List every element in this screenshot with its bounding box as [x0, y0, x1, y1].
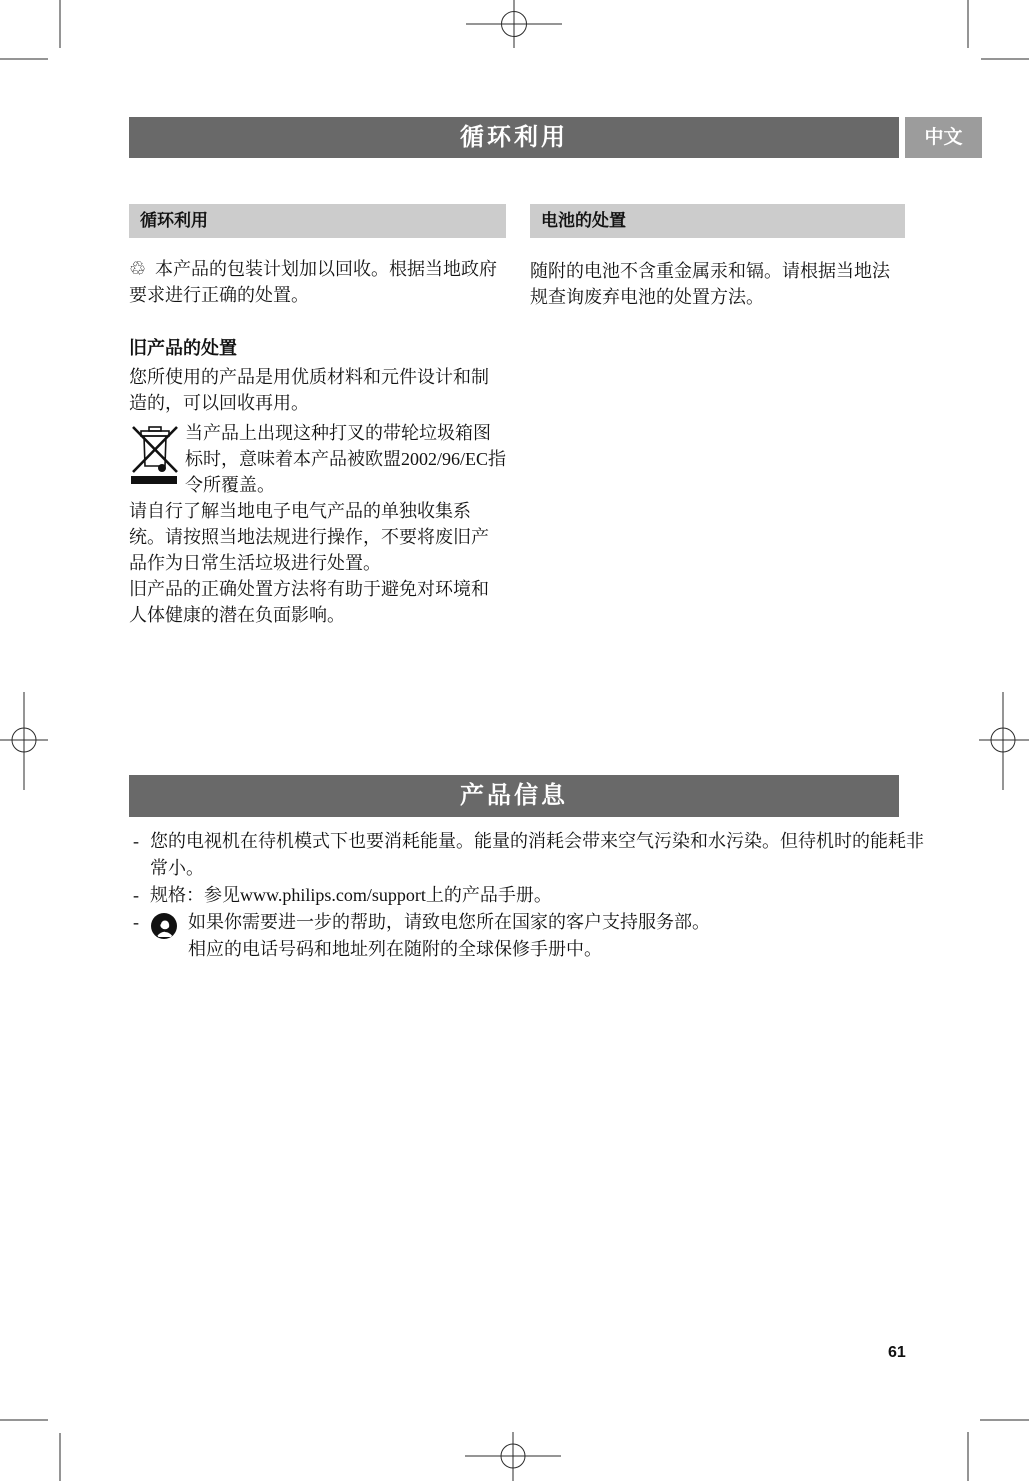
registration-target-left-middle — [0, 692, 48, 790]
product-info-section: 产品信息 - 您的电视机在待机模式下也要消耗能量。能量的消耗会带来空气污染和水污… — [129, 775, 929, 963]
registration-target-bottom-center — [465, 1432, 561, 1481]
bullet-marker: - — [129, 909, 150, 963]
weee-note-text: 当产品上出现这种打叉的带轮垃圾箱图标时，意味着本产品被欧盟2002/96/EC指… — [185, 420, 506, 498]
crop-mark-top-left — [0, 0, 60, 59]
bullet-marker: - — [129, 828, 150, 882]
support-note-text: 如果你需要进一步的帮助，请致电您所在国家的客户支持服务部。 相应的电话号码和地址… — [188, 909, 710, 963]
registration-target-right-middle — [979, 692, 1029, 790]
support-note-line1: 如果你需要进一步的帮助，请致电您所在国家的客户支持服务部。 — [188, 909, 710, 936]
battery-section-header: 电池的处置 — [530, 204, 905, 238]
language-badge: 中文 — [905, 117, 982, 158]
crossed-out-wheeled-bin-icon — [129, 420, 185, 498]
crop-mark-bottom-left — [0, 1420, 60, 1481]
customer-support-headset-icon — [150, 909, 188, 963]
page-number: 61 — [888, 1344, 906, 1362]
recycle-symbol-icon: ♲ — [129, 258, 146, 280]
specifications-note: 规格：参见www.philips.com/support上的产品手册。 — [150, 882, 929, 909]
product-info-list: - 您的电视机在待机模式下也要消耗能量。能量的消耗会带来空气污染和水污染。但待机… — [129, 828, 929, 963]
crop-mark-bottom-right — [968, 1420, 1029, 1481]
recycling-column: 循环利用 ♲本产品的包装计划加以回收。根据当地政府要求进行正确的处置。 旧产品的… — [129, 204, 506, 628]
crop-mark-top-right — [968, 0, 1029, 59]
battery-column: 电池的处置 随附的电池不含重金属汞和镉。请根据当地法规查询废弃电池的处置方法。 — [530, 204, 905, 628]
old-product-heading: 旧产品的处置 — [129, 336, 506, 360]
title-row: 循环利用 中文 — [129, 117, 982, 158]
content-columns: 循环利用 ♲本产品的包装计划加以回收。根据当地政府要求进行正确的处置。 旧产品的… — [129, 204, 905, 628]
weee-note-row: 当产品上出现这种打叉的带轮垃圾箱图标时，意味着本产品被欧盟2002/96/EC指… — [129, 420, 506, 498]
impact-note: 旧产品的正确处置方法将有助于避免对环境和人体健康的潜在负面影响。 — [129, 576, 506, 628]
support-note-line2: 相应的电话号码和地址列在随附的全球保修手册中。 — [188, 936, 710, 963]
collection-note: 请自行了解当地电子电气产品的单独收集系统。请按照当地法规进行操作，不要将废旧产品… — [129, 498, 506, 576]
recycling-section-header: 循环利用 — [129, 204, 506, 238]
list-item: - 您的电视机在待机模式下也要消耗能量。能量的消耗会带来空气污染和水污染。但待机… — [129, 828, 929, 882]
packaging-note-text: 本产品的包装计划加以回收。根据当地政府要求进行正确的处置。 — [129, 259, 497, 305]
standby-note: 您的电视机在待机模式下也要消耗能量。能量的消耗会带来空气污染和水污染。但待机时的… — [150, 828, 929, 882]
support-note-row: 如果你需要进一步的帮助，请致电您所在国家的客户支持服务部。 相应的电话号码和地址… — [150, 909, 929, 963]
page-title: 循环利用 — [129, 117, 899, 158]
packaging-note: ♲本产品的包装计划加以回收。根据当地政府要求进行正确的处置。 — [129, 256, 506, 308]
list-item: - 规格：参见www.philips.com/support上的产品手册。 — [129, 882, 929, 909]
product-info-header: 产品信息 — [129, 775, 899, 817]
manual-page: 循环利用 中文 循环利用 ♲本产品的包装计划加以回收。根据当地政府要求进行正确的… — [0, 0, 1029, 1481]
old-product-intro: 您所使用的产品是用优质材料和元件设计和制造的，可以回收再用。 — [129, 364, 506, 416]
battery-note: 随附的电池不含重金属汞和镉。请根据当地法规查询废弃电池的处置方法。 — [530, 258, 905, 310]
bullet-marker: - — [129, 882, 150, 909]
list-item: - 如果你需要进一步的帮助，请致电您所在国家的客户支持服务部 — [129, 909, 929, 963]
registration-target-top-center — [466, 0, 562, 48]
